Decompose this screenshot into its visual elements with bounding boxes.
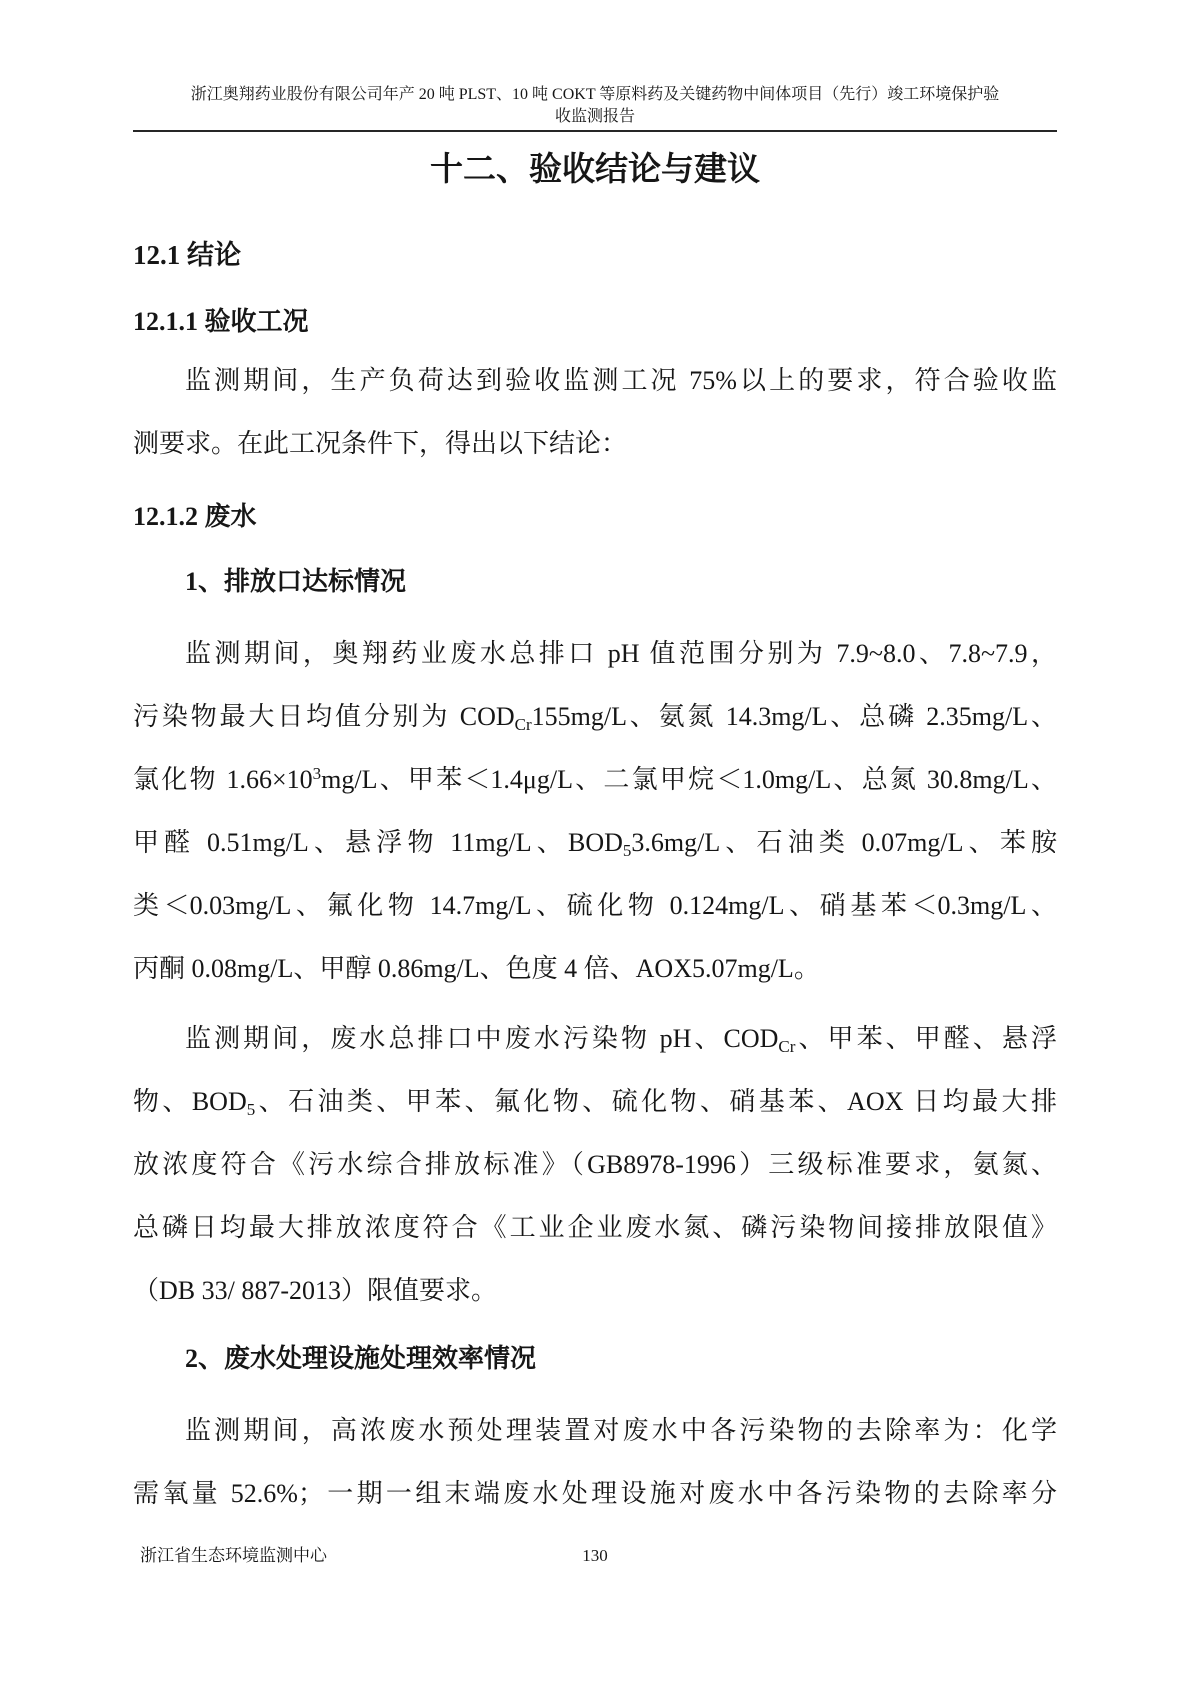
paragraph: 监测期间，奥翔药业废水总排口 pH 值范围分别为 7.9~8.0、7.8~7.9… <box>133 622 1057 1000</box>
subscript: Cr <box>515 715 532 734</box>
paragraph: 监测期间，生产负荷达到验收监测工况 75%以上的要求，符合验收监测要求。在此工况… <box>133 349 1057 475</box>
chapter-title: 十二、验收结论与建议 <box>133 147 1057 193</box>
header-line-2: 收监测报告 <box>133 106 1057 128</box>
page-footer: 浙江省生态环境监测中心 130 <box>0 1544 1190 1570</box>
subscript: 5 <box>623 841 632 860</box>
text-line: 丙酮 0.08mg/L、甲醇 0.86mg/L、色度 4 倍、AOX5.07mg… <box>133 937 1057 1000</box>
text-line: 氯化物 1.66×103mg/L、甲苯＜1.4μg/L、二氯甲烷＜1.0mg/L… <box>133 748 1057 811</box>
section-heading: 1、排放口达标情况 <box>133 565 1057 599</box>
text-line: 甲醛 0.51mg/L、悬浮物 11mg/L、BOD53.6mg/L、石油类 0… <box>133 811 1057 874</box>
subscript: 5 <box>247 1100 256 1119</box>
text-line: 总磷日均最大排放浓度符合《工业企业废水氮、磷污染物间接排放限值》 <box>133 1196 1057 1259</box>
text-line: 污染物最大日均值分别为 CODCr155mg/L、氨氮 14.3mg/L、总磷 … <box>133 685 1057 748</box>
section-heading: 2、废水处理设施处理效率情况 <box>133 1342 1057 1376</box>
section-heading: 12.1.1 验收工况 <box>133 305 1057 339</box>
text-line: 测要求。在此工况条件下，得出以下结论： <box>133 412 1057 475</box>
document-body: 12.1 结论12.1.1 验收工况监测期间，生产负荷达到验收监测工况 75%以… <box>133 237 1057 1525</box>
page-number: 130 <box>582 1544 608 1568</box>
footer-organization: 浙江省生态环境监测中心 <box>140 1544 327 1568</box>
section-heading: 12.1 结论 <box>133 237 1057 273</box>
document-page: 浙江奥翔药业股份有限公司年产 20 吨 PLST、10 吨 COKT 等原料药及… <box>0 0 1190 1683</box>
superscript: 3 <box>313 764 322 783</box>
text-line: 类＜0.03mg/L、氟化物 14.7mg/L、硫化物 0.124mg/L、硝基… <box>133 874 1057 937</box>
section-heading: 12.1.2 废水 <box>133 500 1057 534</box>
text-line: 监测期间，废水总排口中废水污染物 pH、CODCr、甲苯、甲醛、悬浮 <box>133 1007 1057 1070</box>
header-line-1: 浙江奥翔药业股份有限公司年产 20 吨 PLST、10 吨 COKT 等原料药及… <box>133 84 1057 106</box>
text-line: 需氧量 52.6%；一期一组末端废水处理设施对废水中各污染物的去除率分 <box>133 1462 1057 1525</box>
text-line: （DB 33/ 887-2013）限值要求。 <box>133 1259 1057 1322</box>
paragraph: 监测期间，高浓废水预处理装置对废水中各污染物的去除率为：化学需氧量 52.6%；… <box>133 1399 1057 1525</box>
subscript: Cr <box>778 1037 795 1056</box>
text-line: 监测期间，高浓废水预处理装置对废水中各污染物的去除率为：化学 <box>133 1399 1057 1462</box>
text-line: 监测期间，生产负荷达到验收监测工况 75%以上的要求，符合验收监 <box>133 349 1057 412</box>
text-line: 物、BOD5、石油类、甲苯、氟化物、硫化物、硝基苯、AOX 日均最大排 <box>133 1070 1057 1133</box>
paragraph: 监测期间，废水总排口中废水污染物 pH、CODCr、甲苯、甲醛、悬浮物、BOD5… <box>133 1007 1057 1322</box>
page-header: 浙江奥翔药业股份有限公司年产 20 吨 PLST、10 吨 COKT 等原料药及… <box>133 0 1057 132</box>
text-line: 监测期间，奥翔药业废水总排口 pH 值范围分别为 7.9~8.0、7.8~7.9… <box>133 622 1057 685</box>
text-line: 放浓度符合《污水综合排放标准》（GB8978-1996）三级标准要求，氨氮、 <box>133 1133 1057 1196</box>
